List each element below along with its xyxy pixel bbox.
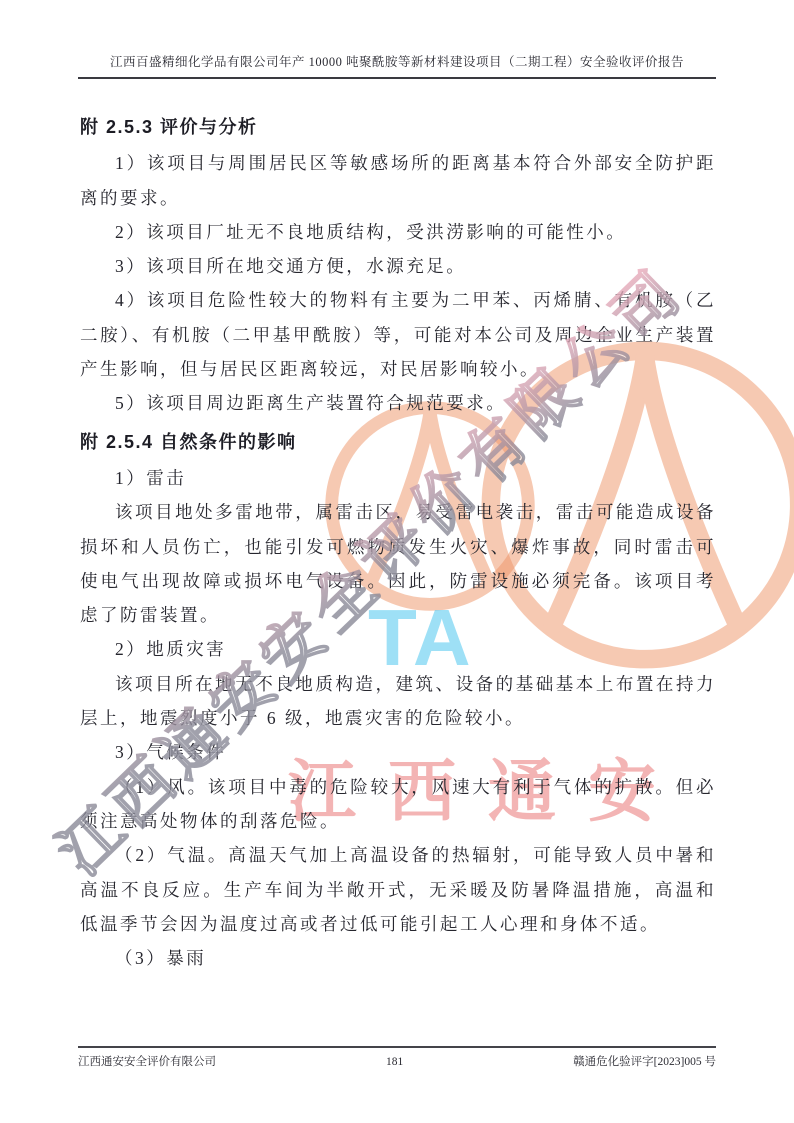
paragraph: （3）暴雨 — [80, 941, 716, 975]
footer-page-number: 181 — [386, 1056, 403, 1068]
paragraph: 3）气候条件 — [80, 735, 716, 769]
paragraph: （2）气温。高温天气加上高温设备的热辐射，可能导致人员中暑和高温不良反应。生产车… — [80, 838, 716, 941]
paragraph: 1）该项目与周围居民区等敏感场所的距离基本符合外部安全防护距离的要求。 — [80, 146, 716, 215]
paragraph: （1）风。该项目中毒的危险较大，风速大有利于气体的扩散。但必须注意高处物体的刮落… — [80, 770, 716, 839]
section-heading: 附 2.5.4 自然条件的影响 — [80, 425, 716, 459]
page-header: 江西百盛精细化学品有限公司年产 10000 吨聚酰胺等新材料建设项目（二期工程）… — [78, 52, 716, 79]
footer-doc-number: 赣通危化验评字[2023]005 号 — [573, 1053, 716, 1069]
paragraph: 该项目地处多雷地带，属雷击区，易受雷电袭击，雷击可能造成设备损坏和人员伤亡，也能… — [80, 495, 716, 632]
paragraph: 2）地质灾害 — [80, 632, 716, 666]
document-page: TA 江西通安 江西百盛精细化学品有限公司年产 10000 吨聚酰胺等新材料建设… — [0, 0, 794, 1123]
page-footer: 江西通安安全评价有限公司 181 赣通危化验评字[2023]005 号 — [78, 1046, 716, 1069]
paragraph: 2）该项目厂址无不良地质结构，受洪涝影响的可能性小。 — [80, 215, 716, 249]
paragraph: 该项目所在地无不良地质构造，建筑、设备的基础基本上布置在持力层上，地震烈度小于 … — [80, 667, 716, 736]
paragraph: 5）该项目周边距离生产装置符合规范要求。 — [80, 386, 716, 420]
paragraph: 4）该项目危险性较大的物料有主要为二甲苯、丙烯腈、有机胺（乙二胺）、有机胺（二甲… — [80, 283, 716, 386]
paragraph: 1）雷击 — [80, 461, 716, 495]
document-body: 附 2.5.3 评价与分析1）该项目与周围居民区等敏感场所的距离基本符合外部安全… — [80, 106, 716, 975]
report-title: 江西百盛精细化学品有限公司年产 10000 吨聚酰胺等新材料建设项目（二期工程）… — [110, 55, 684, 69]
paragraph: 3）该项目所在地交通方便，水源充足。 — [80, 249, 716, 283]
section-heading: 附 2.5.3 评价与分析 — [80, 110, 716, 144]
footer-company: 江西通安安全评价有限公司 — [78, 1053, 216, 1069]
